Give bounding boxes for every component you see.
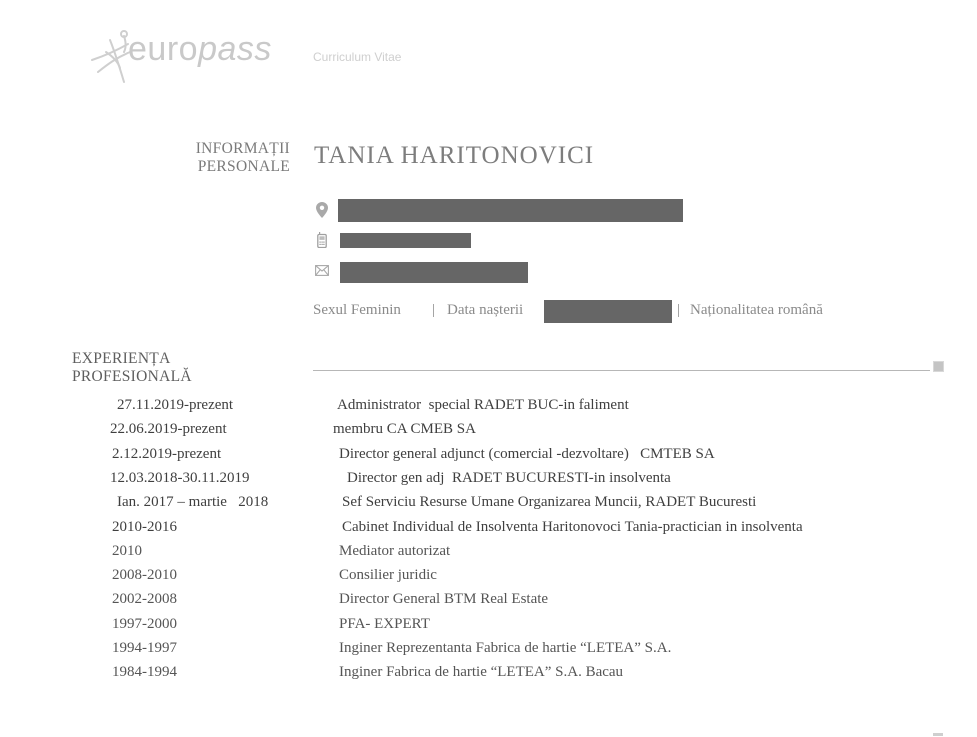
experience-role: Sef Serviciu Resurse Umane Organizarea M… bbox=[342, 494, 756, 511]
separator: | bbox=[432, 302, 435, 319]
experience-role: Consilier juridic bbox=[339, 567, 437, 584]
experience-dates: 2010-2016 bbox=[112, 519, 177, 536]
experience-dates: 2002-2008 bbox=[112, 591, 177, 608]
gender-text: Sexul Feminin bbox=[313, 302, 401, 319]
experience-role: Mediator autorizat bbox=[339, 543, 450, 560]
logo-euro: euro bbox=[128, 30, 198, 68]
experience-role: Director general adjunct (comercial -dez… bbox=[339, 446, 715, 463]
experience-role: Inginer Reprezentanta Fabrica de hartie … bbox=[339, 640, 671, 657]
experience-entry: 12.03.2018-30.11.2019Director gen adj RA… bbox=[0, 470, 977, 494]
experience-entry: 2.12.2019-prezentDirector general adjunc… bbox=[0, 446, 977, 470]
phone-redacted bbox=[340, 233, 471, 248]
person-name: TANIA HARITONOVICI bbox=[314, 142, 594, 170]
section-label-personal-line1: INFORMAȚII bbox=[196, 140, 290, 158]
experience-dates: 2010 bbox=[112, 543, 142, 560]
experience-role: Administrator special RADET BUC-in falim… bbox=[337, 397, 629, 414]
logo-pass: pass bbox=[198, 30, 272, 68]
experience-dates: 1997-2000 bbox=[112, 616, 177, 633]
location-pin-icon bbox=[316, 202, 330, 218]
experience-entry: 22.06.2019-prezentmembru CA CMEB SA bbox=[0, 421, 977, 445]
section-label-personal-line2: PERSONALE bbox=[196, 158, 290, 176]
experience-role: Director General BTM Real Estate bbox=[339, 591, 548, 608]
section-label-experience-line1: EXPERIENȚA bbox=[72, 350, 192, 368]
email-redacted bbox=[340, 262, 528, 283]
section-label-personal: INFORMAȚII PERSONALE bbox=[196, 140, 290, 176]
europass-wordmark: europass bbox=[128, 30, 272, 69]
experience-dates: Ian. 2017 – martie 2018 bbox=[117, 494, 268, 511]
experience-entry: 2002-2008Director General BTM Real Estat… bbox=[0, 591, 977, 615]
experience-role: Inginer Fabrica de hartie “LETEA” S.A. B… bbox=[339, 664, 623, 681]
nationality-text: Naționalitatea română bbox=[690, 302, 823, 319]
experience-dates: 22.06.2019-prezent bbox=[110, 421, 227, 438]
experience-entry: 1994-1997Inginer Reprezentanta Fabrica d… bbox=[0, 640, 977, 664]
separator: | bbox=[677, 302, 680, 319]
experience-dates: 2008-2010 bbox=[112, 567, 177, 584]
section-divider bbox=[313, 370, 930, 371]
experience-dates: 27.11.2019-prezent bbox=[117, 397, 233, 414]
section-label-experience-line2: PROFESIONALĂ bbox=[72, 368, 192, 386]
experience-role: Director gen adj RADET BUCURESTI-in inso… bbox=[347, 470, 671, 487]
section-label-experience: EXPERIENȚA PROFESIONALĂ bbox=[72, 350, 192, 386]
divider-end-marker bbox=[933, 361, 944, 372]
experience-entry: 2008-2010Consilier juridic bbox=[0, 567, 977, 591]
address-redacted bbox=[338, 199, 683, 222]
mobile-phone-icon bbox=[317, 232, 331, 248]
experience-dates: 12.03.2018-30.11.2019 bbox=[110, 470, 249, 487]
experience-entry: 1984-1994Inginer Fabrica de hartie “LETE… bbox=[0, 664, 977, 688]
experience-role: PFA- EXPERT bbox=[339, 616, 430, 633]
experience-entry: 1997-2000PFA- EXPERT bbox=[0, 616, 977, 640]
experience-entry: 2010-2016Cabinet Individual de Insolvent… bbox=[0, 519, 977, 543]
experience-dates: 1994-1997 bbox=[112, 640, 177, 657]
experience-dates: 1984-1994 bbox=[112, 664, 177, 681]
birthdate-redacted bbox=[544, 300, 672, 323]
page-corner-mark bbox=[933, 733, 943, 736]
experience-role: membru CA CMEB SA bbox=[333, 421, 476, 438]
experience-entry: Ian. 2017 – martie 2018Sef Serviciu Resu… bbox=[0, 494, 977, 518]
experience-dates: 2.12.2019-prezent bbox=[112, 446, 221, 463]
birthdate-label: Data nașterii bbox=[447, 302, 523, 319]
experience-entry: 2010Mediator autorizat bbox=[0, 543, 977, 567]
experience-role: Cabinet Individual de Insolventa Hariton… bbox=[342, 519, 803, 536]
experience-entry: 27.11.2019-prezentAdministrator special … bbox=[0, 397, 977, 421]
document-title: Curriculum Vitae bbox=[313, 50, 401, 64]
envelope-icon bbox=[315, 265, 329, 281]
